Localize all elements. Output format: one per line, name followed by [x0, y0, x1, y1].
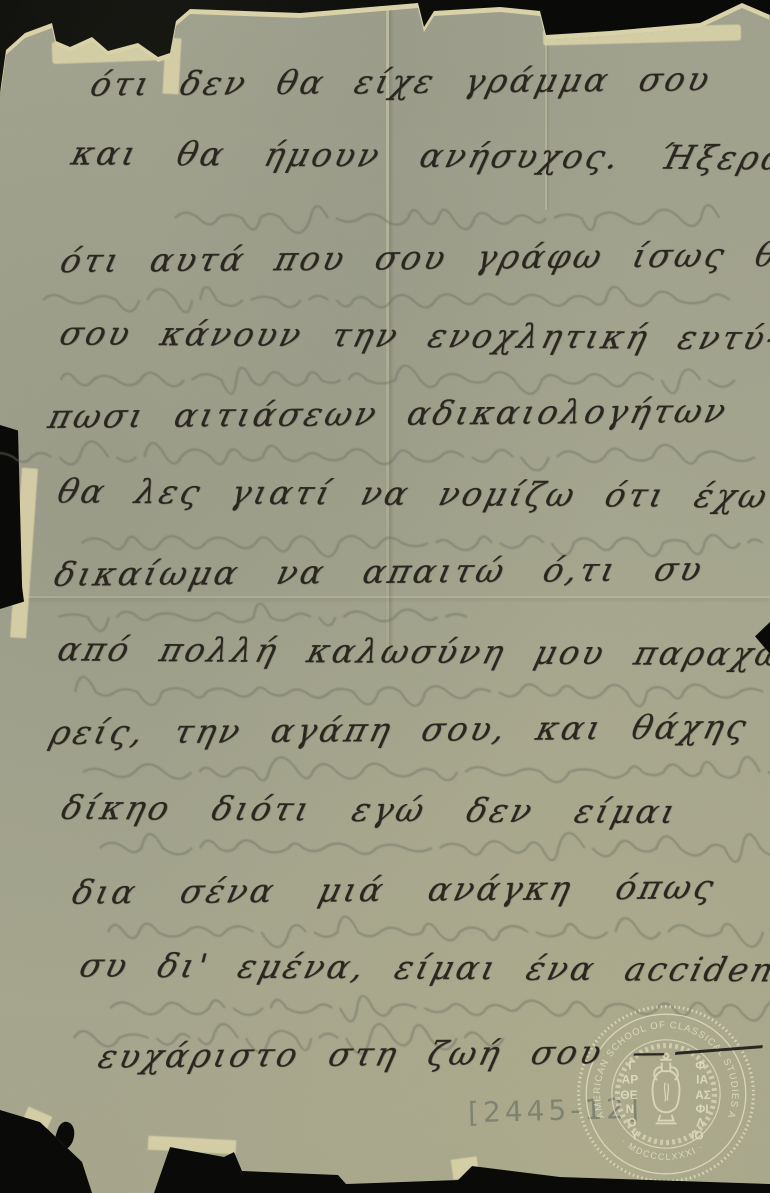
handwriting-line: πωσι αιτιάσεων αδικαιολογήτων: [45, 391, 733, 436]
handwriting-line: δίκηο διότι εγώ δεν είμαι: [58, 788, 683, 831]
handwriting-line: σου κάνουν την ενοχλητική εντύ-: [56, 313, 770, 357]
handwriting-line: ρείς, την αγάπη σου, και θάχης: [47, 707, 753, 752]
handwriting-line: ότι αυτά που σου γράφω ίσως θα: [57, 235, 770, 280]
handwriting-line: δικαίωμα να απαιτώ ό,τι συ: [51, 549, 709, 594]
handwriting-line: ότι δεν θα είχε γράμμα σου: [87, 59, 716, 103]
handwriting-line: ευχάριστο στη ζωή σου —: [95, 1031, 766, 1076]
scanned-letter-page: [2445-12]: [0, 0, 770, 1193]
handwriting-block: ότι δεν θα είχε γράμμα σου και θα ήμουν …: [0, 0, 770, 1193]
handwriting-line: συ δι' εμένα, είμαι ένα accident: [76, 946, 770, 990]
handwriting-line: από πολλή καλωσύνη μου παραχω-: [54, 629, 770, 673]
letter-paper: [2445-12]: [0, 0, 770, 1193]
handwriting-line: θα λες γιατί να νομίζω ότι έχω: [54, 472, 770, 516]
handwriting-line: δια σένα μιά ανάγκη όπως: [69, 867, 721, 912]
handwriting-line: και θα ήμουν ανήσυχος. Ήξερα: [68, 134, 770, 178]
